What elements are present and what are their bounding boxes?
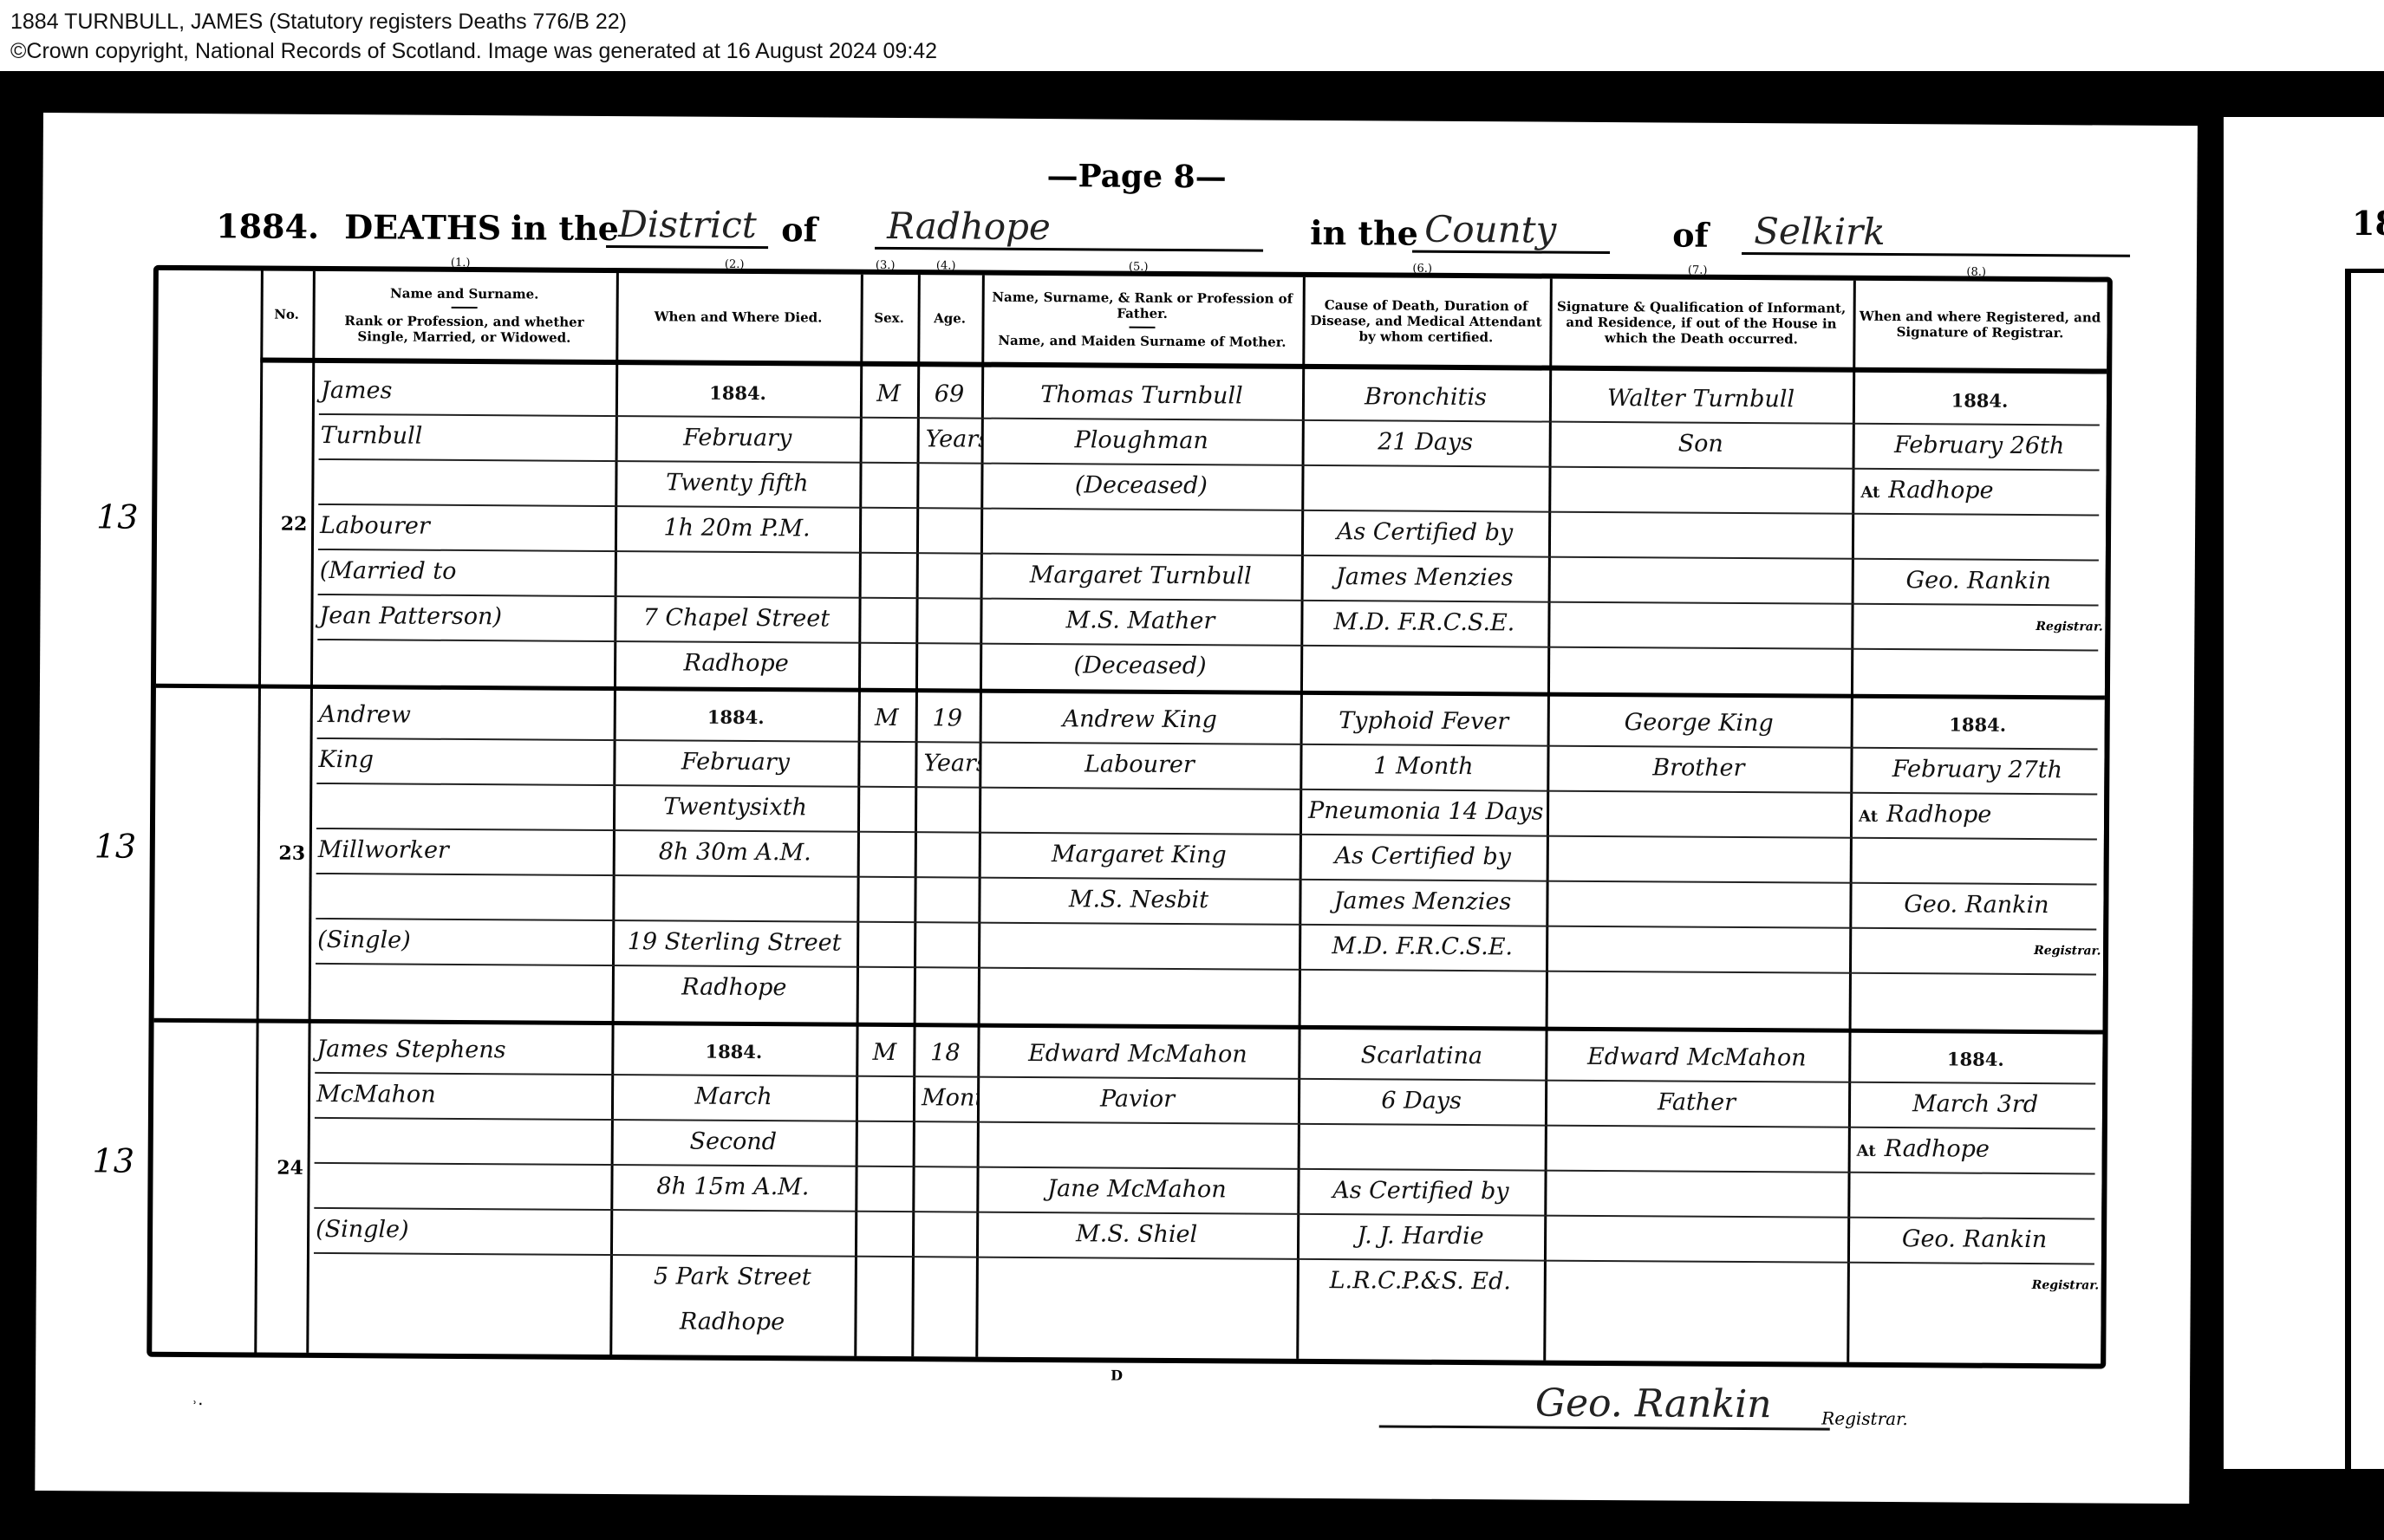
cell-line: Father: [1545, 1080, 1848, 1127]
cell-line: 1884.: [616, 370, 860, 417]
registration-year: 1884.: [1848, 1036, 2102, 1083]
cell-informant: Edward McMahonFather: [1545, 1035, 1849, 1127]
cell-line: [308, 1117, 611, 1164]
cell-line: Jane McMahon: [976, 1166, 1297, 1213]
page-letter: D: [1111, 1368, 1123, 1384]
cell-line: Millworker: [309, 828, 613, 874]
cell-line: J. J. Hardie: [1297, 1213, 1544, 1260]
cell-line: Thomas Turnbull: [981, 373, 1302, 419]
cell-when-where: 1884.MarchSecond8h 15m A.M.5 Park Street…: [609, 1029, 856, 1346]
registration-year: 1884.: [1851, 702, 2105, 749]
cell-line: Edward McMahon: [977, 1031, 1298, 1078]
registrar-label: Registrar.: [1821, 1408, 1908, 1430]
cell-informant: George KingBrother: [1547, 700, 1851, 792]
cell-line: M: [856, 1030, 913, 1075]
cell-cause: Bronchitis21 DaysAs Certified byJames Me…: [1300, 374, 1549, 647]
next-page-fragment: 18: [2224, 117, 2384, 1469]
cell-line: February: [613, 739, 857, 786]
cell-when-where: 1884.FebruaryTwenty fifth1h 20m P.M.7 Ch…: [614, 370, 860, 687]
cell-line: M.D. F.R.C.S.E.: [1299, 924, 1546, 971]
header-text: No.: [274, 307, 299, 322]
cell-line: Andrew: [310, 692, 614, 739]
at-label: At: [1857, 1142, 1876, 1160]
header-rule: [1130, 327, 1156, 328]
cell-line: [615, 550, 859, 597]
cell-line: 6 Days: [1298, 1078, 1545, 1125]
cell-line: Brother: [1547, 745, 1850, 792]
place-name: Radhope: [1888, 477, 1993, 504]
cell-sex: M: [856, 1030, 913, 1075]
cell-parents: Edward McMahonPaviorJane McMahonM.S. Shi…: [976, 1031, 1299, 1303]
cell-line: As Certified by: [1299, 834, 1547, 880]
deaths-label: DEATHS: [344, 207, 501, 247]
cell-line: 1884.: [614, 694, 858, 741]
cell-line: (Single): [309, 918, 612, 965]
cell-line: M.S. Mather: [980, 598, 1300, 645]
in-the-label-2: in the: [1310, 213, 1418, 253]
cell-line: 7 Chapel Street: [614, 595, 858, 642]
cell-line: M.S. Nesbit: [978, 877, 1299, 924]
cell-name: JamesTurnbullLabourer(Married toJean Pat…: [310, 368, 616, 640]
cell-line: James Stephens: [308, 1027, 611, 1074]
death-register-table: No.Name and Surname.Rank or Profession, …: [147, 265, 2113, 1369]
record-title: 1884 TURNBULL, JAMES (Statutory register…: [10, 7, 2374, 36]
margin-mark: 13: [94, 827, 137, 865]
cell-line: As Certified by: [1301, 510, 1548, 556]
cell-line: [978, 967, 1299, 1014]
cell-line: [976, 1257, 1297, 1303]
cell-line: [977, 1121, 1298, 1168]
cell-line: Second: [611, 1119, 856, 1166]
cell-when-where: 1884.FebruaryTwentysixth8h 30m A.M.19 St…: [612, 694, 858, 1011]
cell-registered: 1884.March 3rdAtRadhopeGeo. Rankin: [1847, 1036, 2103, 1264]
column-header-registered: When and where Registered, and Signature…: [1853, 281, 2107, 369]
cell-line: [309, 873, 612, 919]
cell-line: Jean Patterson): [310, 594, 614, 640]
cell-line: 18: [913, 1030, 977, 1075]
cell-line: [978, 922, 1299, 969]
cell-line: March: [611, 1074, 856, 1121]
page-label: —Page 8—: [1046, 158, 1226, 195]
header-text: Cause of Death, Duration of Disease, and…: [1310, 297, 1541, 345]
cell-line: Turnbull: [312, 413, 616, 460]
scan-speck: ˒.: [192, 1387, 204, 1410]
cell-line: February: [616, 415, 860, 462]
header-text: Signature & Qualification of Informant, …: [1557, 299, 1846, 348]
cell-line: M.D. F.R.C.S.E.: [1300, 600, 1547, 647]
header-text: Sex.: [874, 310, 904, 326]
cell-line: Scarlatina: [1298, 1033, 1545, 1080]
place-name: Radhope: [1886, 801, 1991, 828]
cell-line: Edward McMahon: [1545, 1035, 1848, 1082]
cell-age: 19Years: [915, 696, 980, 786]
image-caption: 1884 TURNBULL, JAMES (Statutory register…: [0, 0, 2384, 71]
registrar-label: Registrar.: [2032, 1278, 2100, 1292]
column-header-when-where: When and Where Died.: [616, 273, 861, 361]
in-the-label: in the: [511, 208, 619, 248]
cell-parents: Thomas TurnbullPloughman(Deceased)Margar…: [980, 373, 1302, 690]
header-subtext: Rank or Profession, and whether Single, …: [344, 313, 583, 346]
cell-line: James Menzies: [1299, 879, 1546, 926]
of-label-2: of: [1672, 215, 1709, 254]
cell-line: Bronchitis: [1302, 374, 1549, 421]
of-label: of: [781, 210, 817, 249]
cell-line: [979, 787, 1299, 834]
cell-line: Twentysixth: [613, 784, 857, 831]
cell-line: 19: [915, 696, 980, 741]
cell-sex: M: [858, 696, 915, 741]
cell-line: 19 Sterling Street: [612, 919, 857, 966]
cell-line: 8h 15m A.M.: [610, 1164, 855, 1211]
cell-line: Walter Turnbull: [1549, 376, 1853, 423]
district-name: Radhope: [875, 205, 1263, 252]
cell-line: [1298, 1123, 1545, 1170]
column-header-age: Age.: [917, 275, 982, 361]
cell-line: Ploughman: [981, 418, 1302, 465]
cell-line: (Deceased): [980, 463, 1301, 510]
cell-sex: M: [860, 372, 917, 417]
cell-line: 1 Month: [1299, 744, 1547, 790]
cell-line: King: [309, 738, 613, 784]
cell-line: Margaret Turnbull: [980, 553, 1301, 600]
cell-line: 5 Park Street: [610, 1254, 855, 1301]
cell-line: Andrew King: [980, 697, 1300, 744]
cell-parents: Andrew KingLabourerMargaret KingM.S. Nes…: [978, 697, 1300, 1014]
at-label: At: [1859, 808, 1878, 826]
cell-line: Son: [1549, 421, 1853, 468]
registrar-signature: Geo. Rankin: [1847, 1217, 2101, 1264]
column-header-sex: Sex.: [860, 275, 918, 361]
cell-line: [307, 1162, 610, 1209]
registrar-signature: Geo. Rankin: [1849, 882, 2103, 929]
cell-line: [612, 874, 857, 921]
cell-line: M: [858, 696, 915, 741]
district-type: District: [606, 203, 769, 249]
cell-name: James StephensMcMahon(Single): [307, 1027, 612, 1299]
column-header-informant: Signature & Qualification of Informant, …: [1549, 279, 1853, 367]
register-page: —Page 8— 1884. DEATHS in the District of…: [35, 113, 2198, 1504]
cell-line: [1301, 465, 1548, 511]
registrar-signature-block: Geo. Rankin Registrar.: [1336, 1375, 1943, 1439]
cell-line: (Single): [307, 1207, 610, 1254]
registration-place: AtRadhope: [1850, 792, 2104, 839]
header-text: Name and Surname.: [390, 285, 538, 302]
at-label: At: [1860, 484, 1879, 502]
cell-line: Labourer: [311, 504, 615, 550]
book-gutter: [2198, 121, 2224, 1540]
place-name: Radhope: [1885, 1135, 1990, 1163]
column-header-number: No.: [260, 271, 313, 358]
cell-line: Pneumonia 14 Days: [1299, 789, 1547, 835]
cell-line: Years: [917, 417, 981, 462]
cell-line: Radhope: [609, 1299, 854, 1346]
header-text: When and Where Died.: [655, 309, 823, 325]
next-page-frame: [2345, 269, 2384, 1495]
cell-line: [311, 458, 615, 505]
cell-line: 69: [917, 372, 981, 417]
cell-line: 8h 30m A.M.: [613, 829, 857, 876]
registration-date: March 3rd: [1848, 1082, 2102, 1128]
header-text: Name, Surname, & Rank or Profession of F…: [992, 289, 1293, 322]
column-header-cause: Cause of Death, Duration of Disease, and…: [1302, 277, 1550, 366]
cell-line: Typhoid Fever: [1300, 699, 1547, 745]
cell-registered: 1884.February 27thAtRadhopeGeo. Rankin: [1849, 702, 2105, 929]
margin-mark: 13: [96, 497, 139, 536]
cell-line: 21 Days: [1302, 419, 1549, 466]
cell-line: Twenty fifth: [615, 460, 859, 507]
registration-year: 1884.: [1853, 378, 2107, 425]
cell-line: [307, 1252, 610, 1299]
cell-line: As Certified by: [1297, 1168, 1544, 1215]
cell-line: James Menzies: [1301, 555, 1548, 601]
cell-line: (Deceased): [980, 643, 1300, 690]
cell-line: M.S. Shiel: [976, 1212, 1297, 1258]
header-text: Age.: [934, 310, 966, 326]
register-year: 1884.: [216, 206, 319, 246]
cell-line: 1h 20m P.M.: [615, 505, 859, 552]
blank-line: [1847, 1172, 2101, 1218]
copyright-notice: ©Crown copyright, National Records of Sc…: [10, 36, 2374, 66]
header-rule: [452, 307, 478, 309]
cell-name: AndrewKingMillworker(Single): [309, 692, 614, 965]
cell-line: 1884.: [611, 1029, 856, 1075]
registrar-signature: Geo. Rankin: [1852, 558, 2106, 605]
registration-place: AtRadhope: [1852, 468, 2106, 515]
registrar-signature: Geo. Rankin: [1535, 1381, 1772, 1427]
margin-mark: 13: [92, 1141, 134, 1179]
cell-line: Months: [913, 1075, 977, 1121]
cell-age: 18Months: [913, 1030, 978, 1121]
cell-line: Years: [915, 741, 979, 786]
column-header-parents: Name, Surname, & Rank or Profession of F…: [981, 276, 1303, 364]
cell-line: Labourer: [979, 742, 1299, 789]
cell-line: Margaret King: [979, 832, 1299, 879]
cell-line: [309, 783, 613, 829]
column-header-name: Name and Surname.Rank or Profession, and…: [312, 271, 616, 360]
cell-line: Pavior: [977, 1076, 1298, 1123]
county-type: County: [1412, 208, 1610, 254]
header-text: When and where Registered, and Signature…: [1860, 309, 2101, 341]
cell-informant: Walter TurnbullSon: [1549, 376, 1853, 468]
registrar-label: Registrar.: [2036, 620, 2103, 634]
registration-date: February 27th: [1850, 747, 2104, 794]
cell-registered: 1884.February 26thAtRadhopeGeo. Rankin: [1852, 378, 2107, 605]
cell-cause: Typhoid Fever1 MonthPneumonia 14 DaysAs …: [1299, 699, 1547, 971]
cell-line: James: [312, 368, 616, 415]
header-subtext: Name, and Maiden Surname of Mother.: [998, 333, 1286, 350]
blank-line: [1850, 837, 2104, 884]
cell-line: (Married to: [311, 549, 615, 595]
cell-line: [610, 1209, 855, 1256]
registration-place: AtRadhope: [1848, 1127, 2102, 1173]
registrar-label: Registrar.: [2034, 944, 2101, 958]
registration-date: February 26th: [1853, 423, 2107, 470]
register-title: 1884. DEATHS in the District of Radhope …: [216, 200, 2123, 263]
cell-line: Radhope: [612, 965, 857, 1011]
cell-line: M: [860, 372, 917, 417]
cell-line: L.R.C.P.&S. Ed.: [1297, 1258, 1544, 1305]
cell-line: George King: [1547, 700, 1851, 747]
cell-cause: Scarlatina6 DaysAs Certified byJ. J. Har…: [1297, 1033, 1546, 1305]
cell-line: McMahon: [308, 1072, 611, 1119]
cell-line: [980, 508, 1301, 555]
next-page-year: 18: [2352, 204, 2384, 243]
cell-line: Radhope: [614, 640, 858, 687]
county-name: Selkirk: [1742, 210, 2130, 257]
column-divider: [254, 271, 264, 1353]
blank-line: [1852, 513, 2106, 560]
cell-age: 69Years: [917, 372, 982, 462]
